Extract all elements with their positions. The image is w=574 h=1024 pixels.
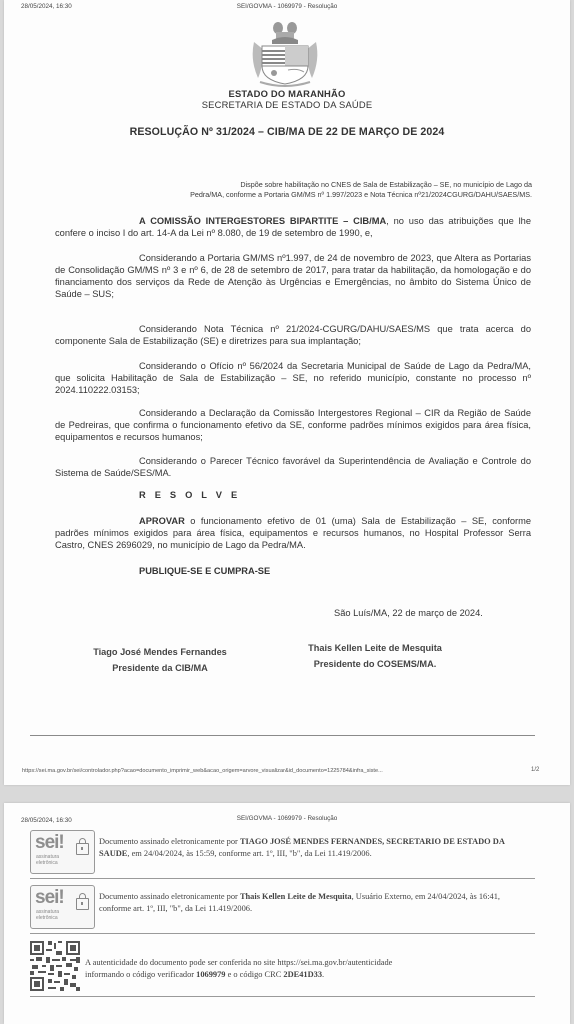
lock-icon	[76, 898, 89, 910]
resolve-heading: R E S O L V E	[139, 490, 240, 500]
crc-code: 2DE41D33	[283, 970, 322, 979]
signature-1-text: Documento assinado eletronicamente por T…	[99, 836, 529, 860]
sei-signature-badge: sei! assinaturaeletrônica	[30, 885, 95, 929]
lock-icon	[76, 843, 89, 855]
ementa: Dispõe sobre habilitação no CNES de Sala…	[50, 180, 532, 200]
preamble-paragraph: A COMISSÃO INTERGESTORES BIPARTITE – CIB…	[55, 215, 531, 239]
considerando-5: Considerando o Parecer Técnico favorável…	[55, 455, 531, 479]
sei-logo-subtitle: assinaturaeletrônica	[36, 910, 59, 921]
page-1-divider	[30, 735, 535, 736]
print-url: https://sei.ma.gov.br/sei/controlador.ph…	[22, 768, 383, 774]
aprovar-text: o funcionamento efetivo de 01 (uma) Sala…	[55, 516, 531, 550]
authenticity-divider	[30, 996, 535, 997]
signatory-2-name: Thais Kellen Leite de Mesquita	[300, 640, 450, 656]
aprovar-paragraph: APROVAR o funcionamento efetivo de 01 (u…	[55, 515, 531, 551]
coat-of-arms-icon	[248, 20, 322, 88]
sei-logo: sei!	[35, 887, 64, 909]
signatory-2-role: Presidente do COSEMS/MA.	[300, 656, 450, 672]
sei-logo-subtitle: assinaturaeletrônica	[36, 855, 59, 866]
signature-1-divider	[30, 878, 535, 879]
considerando-1: Considerando a Portaria GM/MS nº1.997, d…	[55, 252, 531, 300]
signatory-1: Tiago José Mendes Fernandes Presidente d…	[80, 644, 240, 676]
ementa-line-1: Dispõe sobre habilitação no CNES de Sala…	[50, 180, 532, 190]
preamble-bold: A COMISSÃO INTERGESTORES BIPARTITE – CIB…	[139, 216, 386, 226]
sei-logo: sei!	[35, 832, 64, 854]
verifier-code: 1069979	[196, 970, 225, 979]
signatory-1-name: Tiago José Mendes Fernandes	[80, 644, 240, 660]
signatory-2: Thais Kellen Leite de Mesquita President…	[300, 640, 450, 672]
sei-signature-badge: sei! assinaturaeletrônica	[30, 830, 95, 874]
print-doc-title-2: SEI/GOVMA - 1069979 - Resolução	[4, 815, 570, 822]
aprovar-bold: APROVAR	[139, 516, 185, 526]
considerando-2: Considerando Nota Técnica nº 21/2024-CGU…	[55, 323, 531, 347]
considerando-4: Considerando a Declaração da Comissão In…	[55, 407, 531, 443]
considerando-3: Considerando o Ofício nº 56/2024 da Secr…	[55, 360, 531, 396]
signature-2-name: Thais Kellen Leite de Mesquita	[240, 892, 352, 901]
place-date: São Luís/MA, 22 de março de 2024.	[334, 608, 483, 618]
resolution-title: RESOLUÇÃO Nº 31/2024 – CIB/MA DE 22 DE M…	[0, 126, 574, 138]
publique-cumpra: PUBLIQUE-SE E CUMPRA-SE	[139, 566, 270, 576]
ementa-line-2: Pedra/MA, conforme a Portaria GM/MS nº 1…	[50, 190, 532, 200]
signature-2-text: Documento assinado eletronicamente por T…	[99, 891, 529, 915]
print-doc-title: SEI/GOVMA - 1069979 - Resolução	[4, 3, 570, 10]
signature-2-divider	[30, 933, 535, 934]
qr-code-icon[interactable]	[30, 941, 80, 991]
authenticity-text: A autenticidade do documento pode ser co…	[85, 957, 515, 981]
org-secretariat: SECRETARIA DE ESTADO DA SAÚDE	[4, 99, 570, 110]
page-number: 1/2	[531, 767, 539, 773]
org-state: ESTADO DO MARANHÃO	[4, 88, 570, 99]
signatory-1-role: Presidente da CIB/MA	[80, 660, 240, 676]
